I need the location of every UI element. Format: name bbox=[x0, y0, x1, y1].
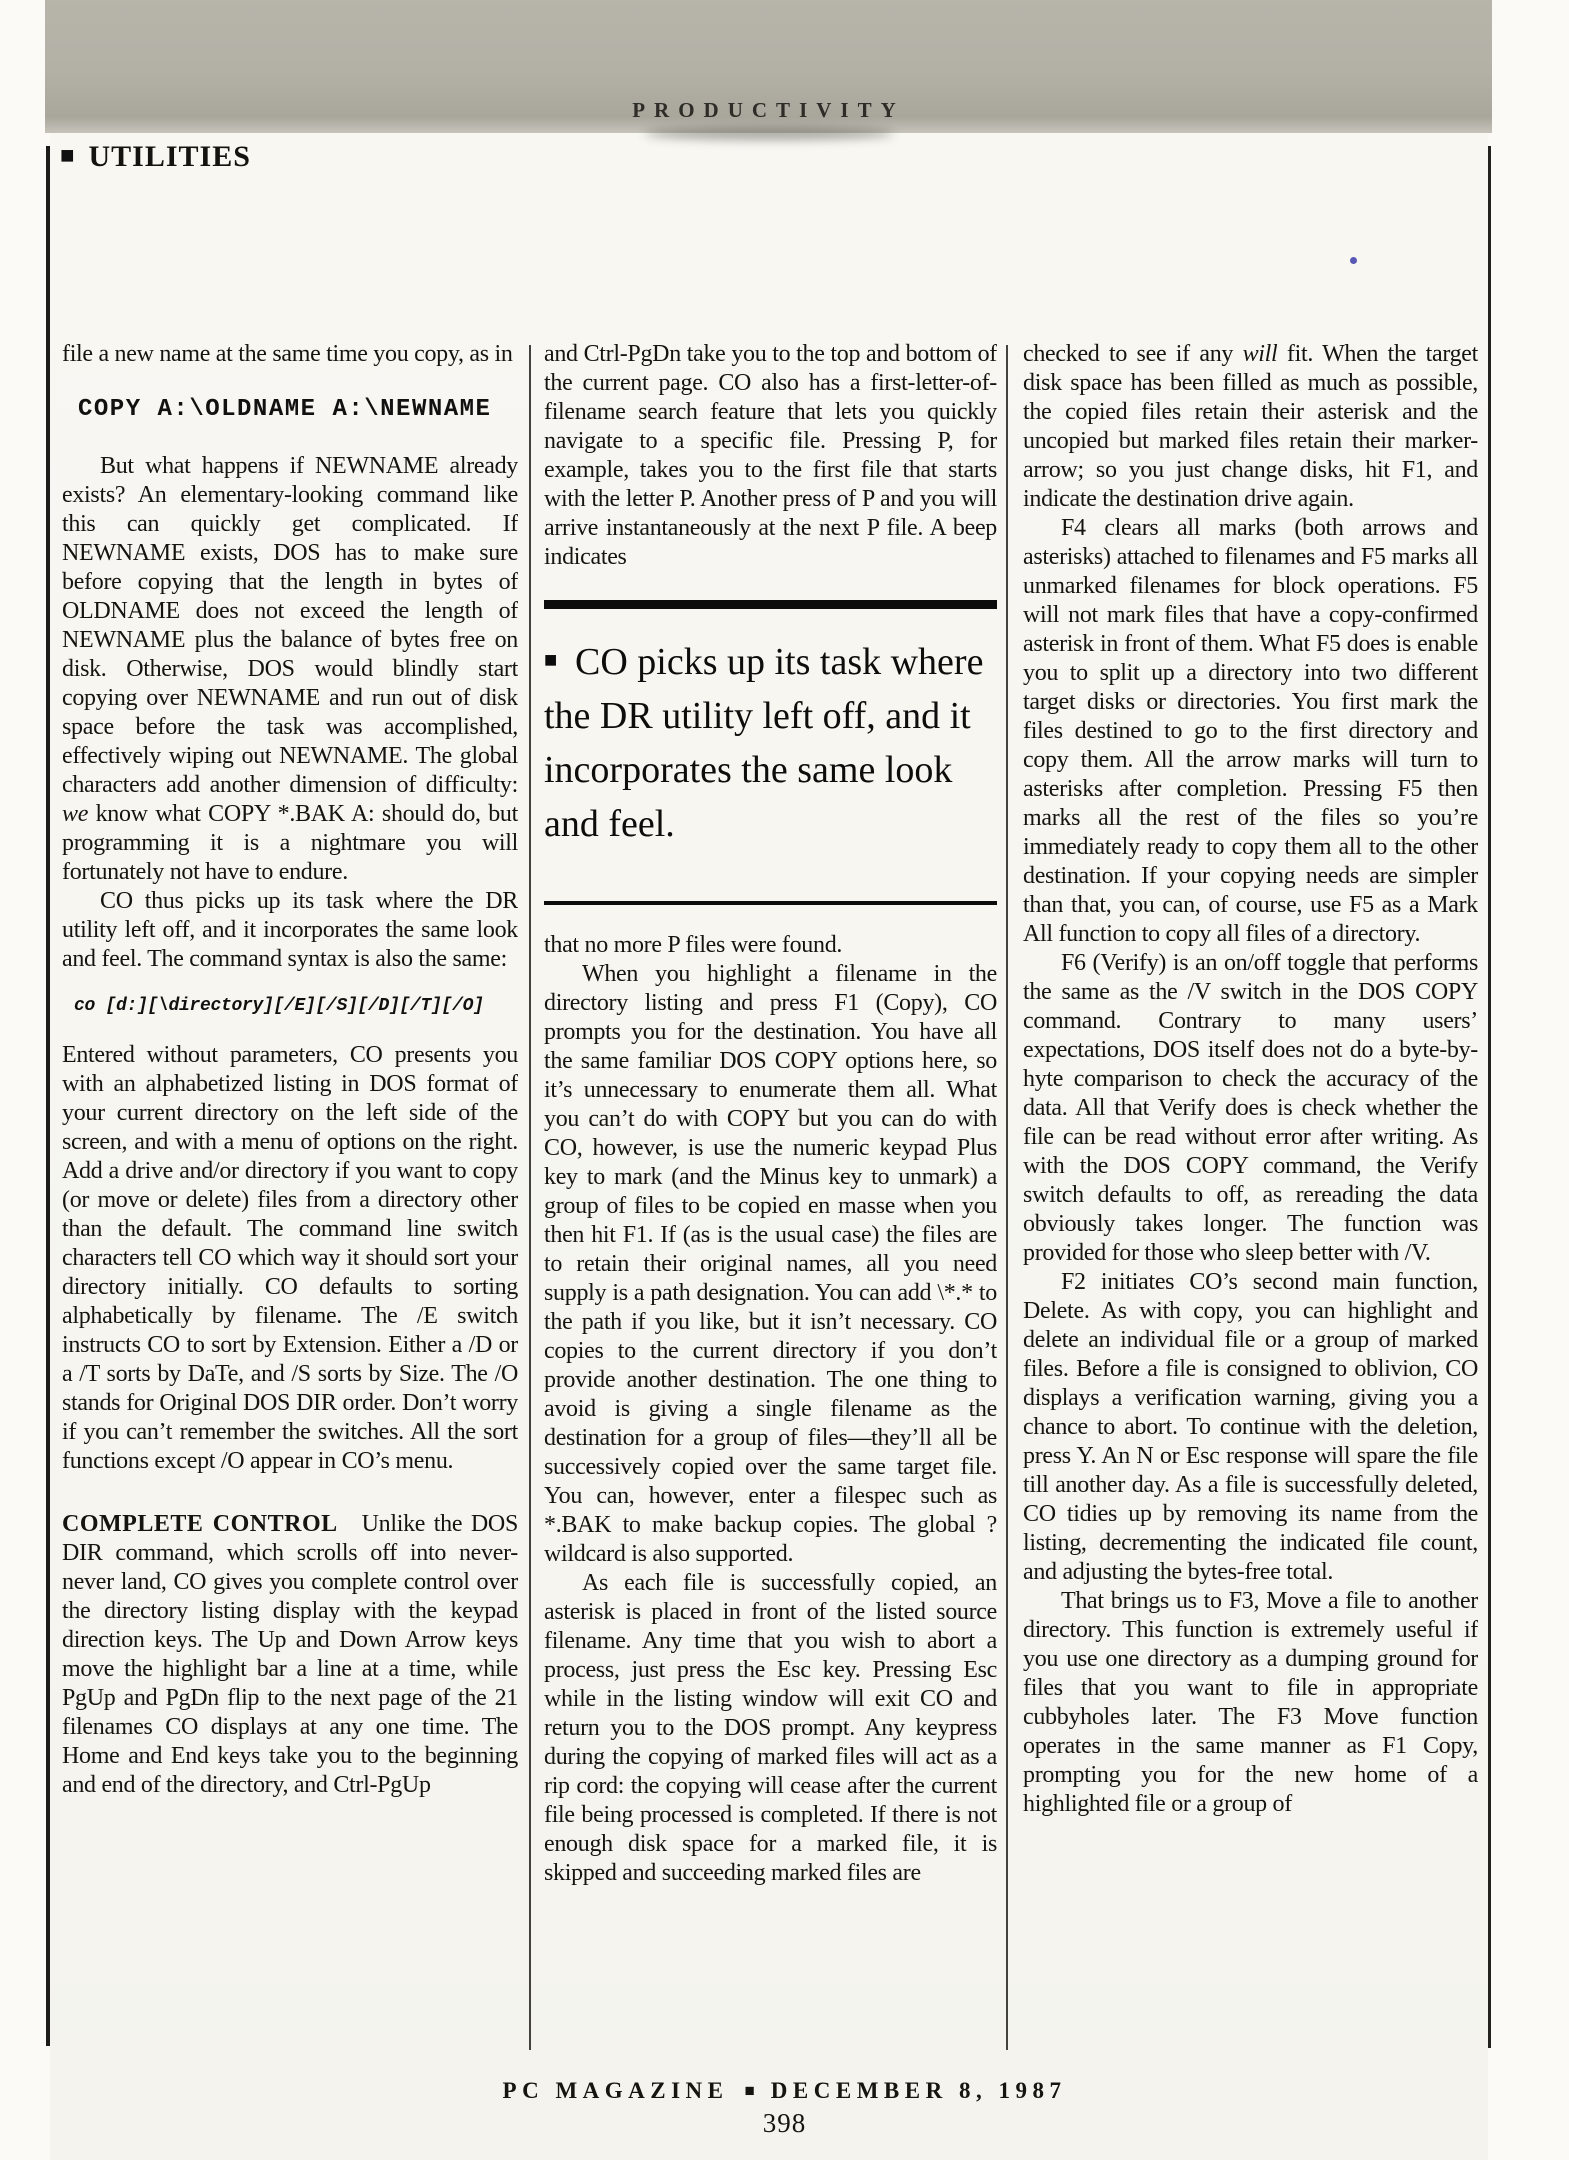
ink-dot-artifact bbox=[1350, 257, 1357, 264]
paragraph: F2 initiates CO’s second main function, … bbox=[1023, 1268, 1478, 1587]
paragraph: COMPLETE CONTROLUnlike the DOS DIR comma… bbox=[62, 1510, 518, 1800]
masthead-band: PRODUCTIVITY bbox=[45, 0, 1492, 133]
left-border-rule bbox=[46, 146, 50, 2046]
column-divider bbox=[529, 345, 531, 2050]
paragraph: F4 clears all marks (both arrows and ast… bbox=[1023, 514, 1478, 949]
paragraph: But what happens if NEWNAME already exis… bbox=[62, 452, 518, 887]
italic-word: we bbox=[62, 801, 88, 827]
paragraph: As each file is successfully copied, an … bbox=[544, 1569, 997, 1888]
paragraph: and Ctrl-PgDn take you to the top and bo… bbox=[544, 340, 997, 572]
masthead-smudge bbox=[644, 127, 894, 140]
paragraph: When you highlight a filename in the dir… bbox=[544, 960, 997, 1569]
issue-date: DECEMBER 8, 1987 bbox=[771, 2078, 1067, 2103]
co-command-syntax: co [d:][\directory][/E][/S][/D][/T][/O] bbox=[74, 992, 518, 1021]
pull-quote-text: CO picks up its task where the DR utilit… bbox=[544, 641, 983, 845]
page-number: 398 bbox=[0, 2108, 1569, 2139]
section-masthead: PRODUCTIVITY bbox=[45, 98, 1492, 123]
category-label: UTILITIES bbox=[89, 140, 251, 173]
paragraph: That brings us to F3, Move a file to ano… bbox=[1023, 1587, 1478, 1819]
column-divider bbox=[1006, 345, 1008, 2050]
paragraph-text: Unlike the DOS DIR command, which scroll… bbox=[62, 1511, 518, 1798]
paragraph-text: But what happens if NEWNAME already exis… bbox=[62, 453, 518, 798]
column-3: checked to see if any will fit. When the… bbox=[1023, 340, 1478, 2056]
square-bullet-icon: ■ bbox=[544, 647, 557, 672]
column-2: and Ctrl-PgDn take you to the top and bo… bbox=[544, 340, 997, 2056]
page-footer: PC MAGAZINE■DECEMBER 8, 1987 bbox=[0, 2078, 1569, 2104]
paragraph: that no more P files were found. bbox=[544, 931, 997, 960]
paragraph: checked to see if any will fit. When the… bbox=[1023, 340, 1478, 514]
italic-word: will bbox=[1243, 341, 1278, 367]
runin-heading: COMPLETE CONTROL bbox=[62, 1511, 362, 1537]
article-category-header: ■UTILITIES bbox=[60, 140, 251, 174]
paragraph: Entered without parameters, CO presents … bbox=[62, 1041, 518, 1476]
paragraph: F6 (Verify) is an on/off toggle that per… bbox=[1023, 949, 1478, 1268]
pull-quote: ■CO picks up its task where the DR utili… bbox=[544, 600, 997, 905]
right-border-rule bbox=[1488, 146, 1491, 2048]
paragraph-text: checked to see if any bbox=[1023, 341, 1243, 367]
magazine-name: PC MAGAZINE bbox=[503, 2078, 729, 2103]
square-bullet-icon: ■ bbox=[745, 2081, 755, 2100]
dos-copy-command-example: COPY A:\OLDNAME A:\NEWNAME bbox=[78, 395, 518, 424]
paragraph: file a new name at the same time you cop… bbox=[62, 340, 518, 369]
paragraph-text: know what COPY *.BAK A: should do, but p… bbox=[62, 801, 518, 885]
magazine-page: PRODUCTIVITY ■UTILITIES file a new name … bbox=[0, 0, 1569, 2160]
paragraph: CO thus picks up its task where the DR u… bbox=[62, 887, 518, 974]
square-bullet-icon: ■ bbox=[60, 143, 75, 169]
column-1: file a new name at the same time you cop… bbox=[62, 340, 518, 2056]
